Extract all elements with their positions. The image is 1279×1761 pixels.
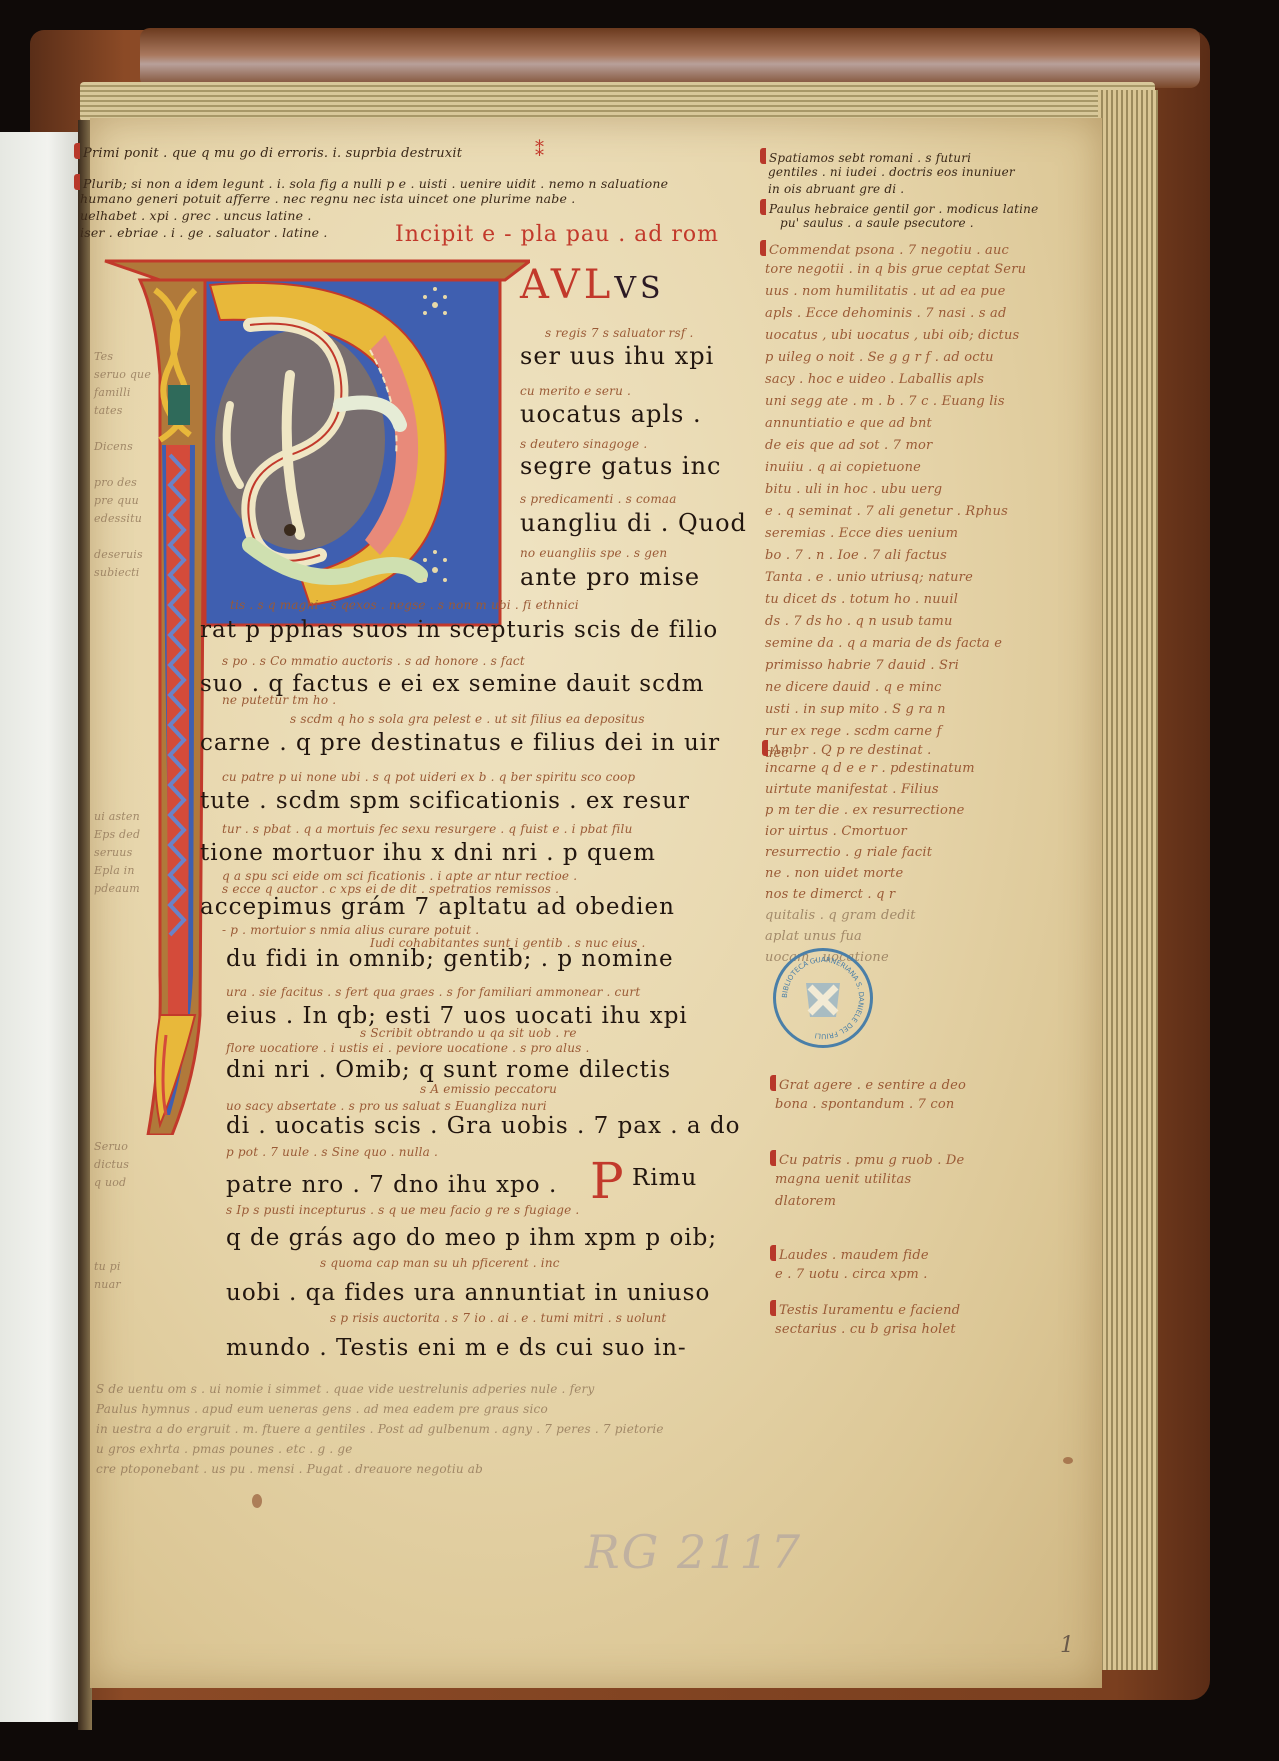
gloss-text: Ambr . Q p re destinat . <box>771 743 931 758</box>
interlinear-gloss: no euangliis spe . s gen <box>520 546 667 560</box>
gloss-line: de eis que ad sot . 7 mor <box>765 438 932 453</box>
gloss-text: Cu patris . pmu g ruob . De <box>779 1153 964 1168</box>
gloss-line: Paulus hebraice gentil gor . modicus lat… <box>760 199 1038 216</box>
gloss-line: cre ptoponebant . us pu . mensi . Pugat … <box>96 1462 483 1476</box>
main-text-line: ante pro mise <box>520 563 700 591</box>
paragraph-mark-icon <box>770 1245 776 1261</box>
main-text-line: patre nro . 7 dno ihu xpo . <box>226 1172 557 1198</box>
gloss-line: tu dicet ds . totum ho . nuuil <box>765 592 958 607</box>
gloss-line: in ois abruant gre di . <box>768 182 904 196</box>
gloss-line: p uileg o noit . Se g g r f . ad octu <box>765 350 994 365</box>
interlinear-gloss: s scdm q ho s sola gra pelest e . ut sit… <box>290 712 645 726</box>
paragraph-mark-icon <box>760 199 766 215</box>
display-letters: AVL <box>520 262 614 308</box>
display-capitals: AVLVS <box>520 262 665 308</box>
gloss-line: bitu . uli in hoc . ubu uerg <box>765 482 942 497</box>
gloss-text: Testis Iuramentu e faciend <box>779 1303 960 1318</box>
gloss-line: uus . nom humilitatis . ut ad ea pue <box>765 284 1006 299</box>
paragraph-mark-icon <box>770 1150 776 1166</box>
paragraph-mark-icon <box>762 740 768 756</box>
gloss-line: bo . 7 . n . Ioe . 7 ali factus <box>765 548 947 563</box>
gloss-line: aplat unus fua <box>765 929 862 944</box>
gloss-line: familli <box>94 386 131 399</box>
gloss-line: magna uenit utilitas <box>775 1172 911 1187</box>
interlinear-gloss: s ecce q auctor . c xps ei de dit . spet… <box>222 882 559 896</box>
interlinear-gloss: q a spu sci eide om sci ficationis . i a… <box>222 869 577 883</box>
gloss-line: in uestra a do ergruit . m. ftuere a gen… <box>96 1422 664 1436</box>
gloss-line: Grat agere . e sentire a deo <box>770 1075 966 1093</box>
interlinear-gloss: cu merito e seru . <box>520 384 631 398</box>
gloss-line: gentiles . ni iudei . doctris eos inuniu… <box>768 165 1015 179</box>
interlinear-gloss: s Scribit obtrando u qa sit uob . re <box>360 1026 577 1040</box>
main-text-line: segre gatus inc <box>520 452 721 480</box>
gloss-line: pu' saulus . a saule psecutore . <box>780 216 974 230</box>
gloss-line: Dicens <box>94 440 133 453</box>
top-gloss-line-3: humano generi potuit afferre . nec regnu… <box>80 191 575 206</box>
gloss-line: e . 7 uotu . circa xpm . <box>775 1267 928 1282</box>
interlinear-gloss: ne putetur tm ho . <box>222 693 336 707</box>
paragraph-mark-icon <box>770 1075 776 1091</box>
gloss-line: p m ter die . ex resurrectione <box>765 803 965 818</box>
gloss-line: Testis Iuramentu e faciend <box>770 1300 960 1318</box>
gloss-line: ne dicere dauid . q e minc <box>765 680 942 695</box>
binding-headband <box>140 28 1200 88</box>
interlinear-gloss: tis . s q magni . s qexos . negse . s no… <box>230 598 579 612</box>
shelfmark: RG 2117 <box>585 1525 802 1579</box>
gloss-line: tu pi <box>94 1260 121 1273</box>
gloss-line: quitalis . q gram dedit <box>765 908 916 923</box>
gloss-line: Eps ded <box>94 828 140 841</box>
gloss-line: primisso habrie 7 dauid . Sri <box>765 658 959 673</box>
top-gloss-line-5: iser . ebriae . i . ge . saluator . lati… <box>80 225 328 240</box>
interlinear-gloss: s predicamenti . s comaa <box>520 492 677 506</box>
interlinear-gloss: p pot . 7 uule . s Sine quo . nulla . <box>226 1145 438 1159</box>
gloss-text: Grat agere . e sentire a deo <box>779 1078 966 1093</box>
gloss-text: Commendat psona . 7 negotiu . auc <box>769 243 1009 258</box>
gloss-line: bona . spontandum . 7 con <box>775 1097 955 1112</box>
main-text-line: q de grás ago do meo p ihm xpm p oib; <box>226 1225 717 1251</box>
gloss-line: Laudes . maudem fide <box>770 1245 929 1263</box>
paragraph-mark-icon <box>770 1300 776 1316</box>
main-text-line: uobi . qa fides ura annuntiat in uniuso <box>226 1280 710 1306</box>
gloss-line: nos te dimerct . q r <box>765 887 895 902</box>
gloss-line: q uod <box>94 1176 126 1189</box>
interlinear-gloss: - p . mortuior s nmia alius curare potui… <box>222 923 479 937</box>
interlinear-gloss: ura . sie facitus . s fert qua graes . s… <box>226 985 640 999</box>
gloss-line: Ambr . Q p re destinat . <box>762 740 931 758</box>
gloss-line: resurrectio . g riale facit <box>765 845 932 860</box>
main-text-line: carne . q pre destinatus e filius dei in… <box>200 730 720 756</box>
gloss-text: Primi ponit . que q mu go di erroris. i.… <box>83 146 462 161</box>
gloss-line: subiecti <box>94 566 140 579</box>
gloss-line: dictus <box>94 1158 129 1171</box>
gloss-line: sacy . hoc e uideo . Laballis apls <box>765 372 984 387</box>
gloss-line: semine da . q a maria de ds facta e <box>765 636 1002 651</box>
gloss-line: Tes <box>94 350 113 363</box>
folio-number: 1 <box>1060 1633 1074 1658</box>
incipit-rubric: Incipit e - pla pau . ad rom <box>395 222 719 247</box>
interlinear-gloss: tur . s pbat . q a mortuis fec sexu resu… <box>222 822 633 836</box>
gloss-line: tates <box>94 404 123 417</box>
second-initial-p: P <box>590 1152 624 1210</box>
main-text-line: uangliu di . Quod <box>520 509 747 537</box>
gloss-line: dlatorem <box>775 1194 836 1209</box>
interlinear-gloss: s po . s Co mmatio auctoris . s ad honor… <box>222 654 525 668</box>
gloss-line: uirtute manifestat . Filius <box>765 782 939 797</box>
interlinear-gloss: s p risis auctorita . s 7 io . ai . e . … <box>330 1311 666 1325</box>
interlinear-gloss: flore uocatiore . i ustis ei . peviore u… <box>226 1041 590 1055</box>
interlinear-gloss: s A emissio peccatoru <box>420 1082 557 1096</box>
interlinear-gloss: s Ip s pusti incepturus . s q ue meu fac… <box>226 1203 579 1217</box>
gloss-line: deseruis <box>94 548 143 561</box>
gloss-line: ior uirtus . Cmortuor <box>765 824 907 839</box>
main-text-line: rat p pphas suos in scepturis scis de fi… <box>200 617 718 643</box>
interlinear-gloss: uo sacy absertate . s pro us saluat s Eu… <box>226 1099 547 1113</box>
interlinear-gloss: cu patre p ui none ubi . s q pot uideri … <box>222 770 635 784</box>
interlinear-gloss: s regis 7 s saluator rsf . <box>545 326 694 340</box>
top-gloss-line-2: Plurib; si non a idem legunt . i. sola f… <box>74 174 668 191</box>
gloss-line: Seruo <box>94 1140 128 1153</box>
top-gloss-line-1: Primi ponit . que q mu go di erroris. i.… <box>74 143 462 161</box>
gloss-line: Epla in <box>94 864 135 877</box>
gloss-text: Plurib; si non a idem legunt . i. sola f… <box>83 176 668 191</box>
gloss-line: Paulus hymnus . apud eum ueneras gens . … <box>96 1402 548 1416</box>
gloss-line: sectarius . cu b grisa holet <box>775 1322 956 1337</box>
gloss-text: Paulus hebraice gentil gor . modicus lat… <box>769 202 1038 216</box>
gloss-line: S de uentu om s . ui nomie i simmet . qu… <box>96 1382 594 1396</box>
stain <box>1063 1457 1073 1464</box>
gloss-line: seruo que <box>94 368 151 381</box>
main-text-line: mundo . Testis eni m e ds cui suo in- <box>226 1335 687 1361</box>
gloss-line: nuar <box>94 1278 121 1291</box>
page-edges-top <box>80 82 1155 122</box>
flyleaf <box>0 132 80 1722</box>
gloss-line: incarne q d e e r . pdestinatum <box>765 761 975 776</box>
paragraph-mark-icon <box>74 174 80 190</box>
main-text-line: uocatus apls . <box>520 400 702 428</box>
gloss-line: Cu patris . pmu g ruob . De <box>770 1150 964 1168</box>
second-initial-continuation: Rimu <box>632 1165 697 1191</box>
red-mark: ⁑ <box>535 140 544 161</box>
gloss-line: inuiiu . q ai copietuone <box>765 460 921 475</box>
main-text-line: di . uocatis scis . Gra uobis . 7 pax . … <box>226 1113 741 1139</box>
stain <box>252 1494 262 1508</box>
gloss-line: ui asten <box>94 810 140 823</box>
gloss-line: ds . 7 ds ho . q n usub tamu <box>765 614 953 629</box>
gloss-line: Commendat psona . 7 negotiu . auc <box>760 240 1009 258</box>
gloss-line: apls . Ecce dehominis . 7 nasi . s ad <box>765 306 1007 321</box>
page-edges-fore <box>1098 90 1158 1670</box>
gloss-line: uocatus , ubi uocatus , ubi oib; dictus <box>765 328 1019 343</box>
gloss-line: uni segg ate . m . b . 7 c . Euang lis <box>765 394 1005 409</box>
paragraph-mark-icon <box>760 148 766 164</box>
paragraph-mark-icon <box>760 240 766 256</box>
gloss-line: rur ex rege . scdm carne f <box>765 724 942 739</box>
display-letters-extra: VS <box>614 271 664 306</box>
main-text-line: ser uus ihu xpi <box>520 342 714 370</box>
gloss-line: u gros exhrta . pmas pounes . etc . g . … <box>96 1442 353 1456</box>
main-text-line: dni nri . Omib; q sunt rome dilectis <box>226 1057 671 1083</box>
gloss-line: pro des <box>94 476 137 489</box>
interlinear-gloss: s deutero sinagoge . <box>520 437 647 451</box>
gloss-text: Spatiamos sebt romani . s futuri <box>769 151 971 165</box>
gloss-line: Spatiamos sebt romani . s futuri <box>760 148 971 165</box>
interlinear-gloss: Iudi cohabitantes sunt i gentib . s nuc … <box>370 936 646 950</box>
gloss-line: seruus <box>94 846 132 859</box>
gloss-line: pre quu <box>94 494 139 507</box>
gloss-line: ne . non uidet morte <box>765 866 903 881</box>
gloss-line: tore negotii . in q bis grue ceptat Seru <box>765 262 1026 277</box>
top-gloss-line-4: uelhabet . xpi . grec . uncus latine . <box>80 208 312 223</box>
main-text-line: tione mortuor ihu x dni nri . p quem <box>200 840 656 866</box>
library-stamp: BIBLIOTECA GUARNERIANA S. DANIELE DEL FR… <box>773 948 873 1048</box>
gloss-line: annuntiatio e que ad bnt <box>765 416 932 431</box>
main-text-line: accepimus grám 7 apltatu ad obedien <box>200 894 675 920</box>
gloss-text: Laudes . maudem fide <box>779 1248 929 1263</box>
gloss-line: edessitu <box>94 512 142 525</box>
main-text-line: tute . scdm spm scificationis . ex resur <box>200 788 690 814</box>
gloss-line: usti . in sup mito . S g ra n <box>765 702 946 717</box>
gloss-line: seremias . Ecce dies uenium <box>765 526 958 541</box>
paragraph-mark-icon <box>74 143 80 159</box>
interlinear-gloss: s quoma cap man su uh pficerent . inc <box>320 1256 560 1270</box>
gloss-line: e . q seminat . 7 ali genetur . Rphus <box>765 504 1008 519</box>
stamp-emblem-icon: BIBLIOTECA GUARNERIANA S. DANIELE DEL FR… <box>776 951 870 1045</box>
gloss-line: Tanta . e . unio utriusq; nature <box>765 570 973 585</box>
gloss-line: pdeaum <box>94 882 140 895</box>
